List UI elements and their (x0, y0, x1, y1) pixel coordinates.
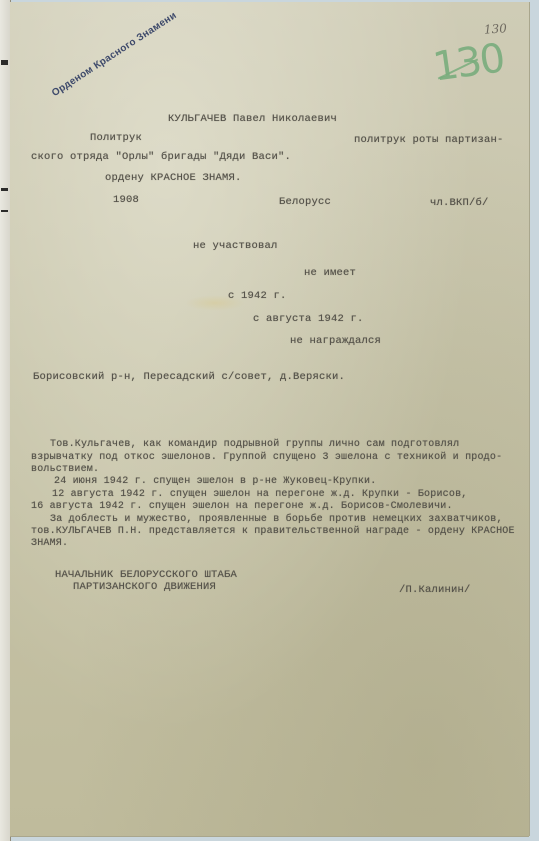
red-army-since: с 1942 г. (228, 290, 287, 302)
narrative-line: Тов.Кульгачев, как командир подрывной гр… (50, 439, 459, 450)
previous-awards: не награждался (290, 335, 381, 347)
position-line-1: политрук роты партизан- (354, 134, 504, 146)
birth-year: 1908 (113, 194, 139, 206)
document-page (10, 2, 529, 836)
binding-mark (1, 60, 8, 65)
award-nominated: ордену КРАСНОЕ ЗНАМЯ. (105, 172, 242, 184)
wounds: не имеет (304, 267, 356, 279)
signatory-title-line-1: НАЧАЛЬНИК БЕЛОРУССКОГО ШТАБА (55, 569, 237, 581)
narrative-line: тов.КУЛЬГАЧЕВ П.Н. представляется к прав… (31, 526, 515, 537)
rank: Политрук (90, 132, 142, 144)
narrative-line: За доблесть и мужество, проявленные в бо… (50, 514, 503, 525)
full-name: КУЛЬГАЧЕВ Павел Николаевич (168, 113, 337, 125)
party-membership: чл.ВКП/б/ (430, 197, 489, 209)
signatory-name: /П.Калинин/ (399, 584, 471, 596)
partisans-since: с августа 1942 г. (253, 313, 364, 325)
position-line-2: ского отряда "Орлы" бригады "Дяди Васи". (31, 151, 291, 163)
narrative-line: 12 августа 1942 г. спущен эшелон на пере… (52, 489, 467, 500)
narrative-line: вольствием. (31, 464, 99, 475)
signatory-title-line-2: ПАРТИЗАНСКОГО ДВИЖЕНИЯ (73, 581, 216, 593)
binding-mark (1, 188, 8, 191)
nationality: Белорусс (279, 196, 331, 208)
narrative-line: 16 августа 1942 г. спущен эшелон на пере… (31, 501, 453, 512)
civil-war-participation: не участвовал (193, 240, 278, 252)
home-address: Борисовский р-н, Пересадский с/совет, д.… (33, 371, 345, 383)
narrative-line: взрывчатку под откос эшелонов. Группой с… (31, 452, 502, 463)
narrative-line: 24 июня 1942 г. спущен эшелон в р-не Жук… (54, 476, 376, 487)
binding-mark (1, 210, 8, 212)
narrative-line: ЗНАМЯ. (31, 538, 68, 549)
archive-page-number-pencil: 130 (484, 21, 508, 37)
